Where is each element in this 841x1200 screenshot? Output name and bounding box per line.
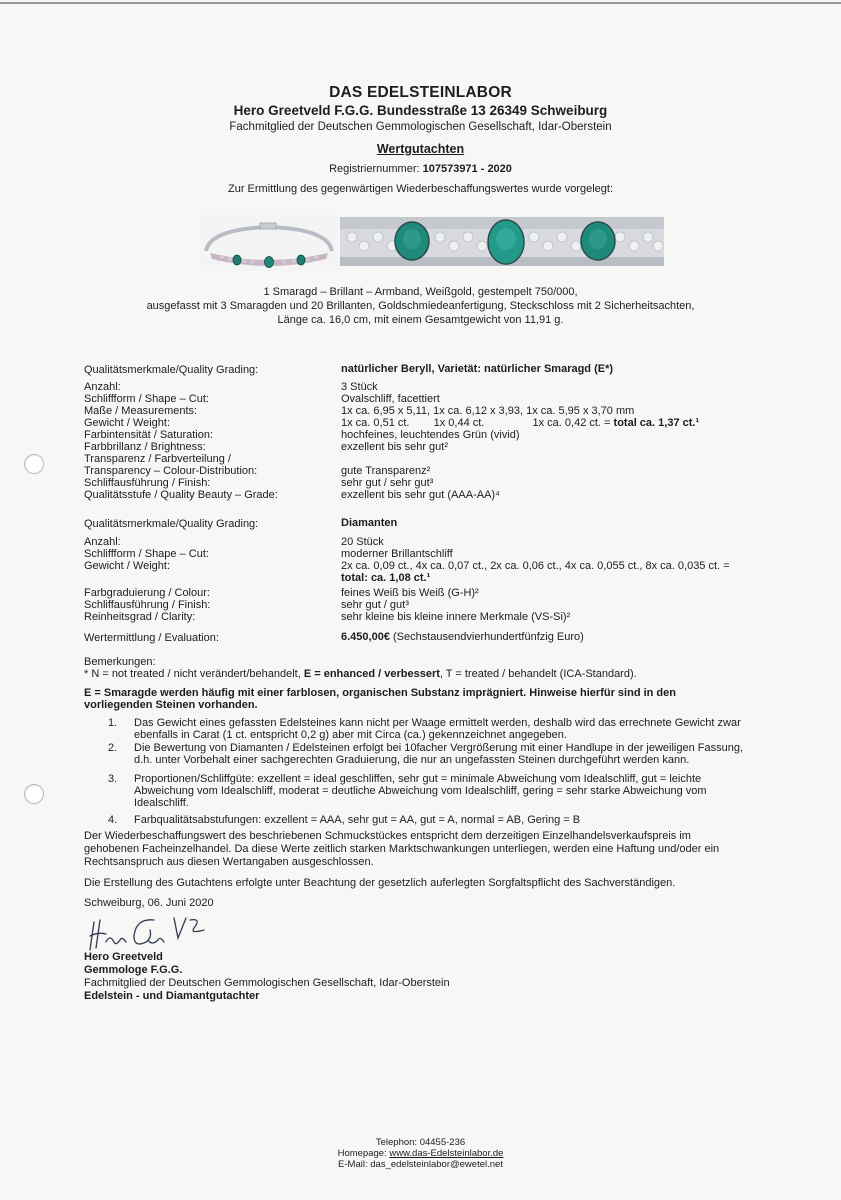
emerald-shape-label: Schliffform / Shape – Cut: xyxy=(84,394,209,406)
diamond-shape-label: Schliffform / Shape – Cut: xyxy=(84,549,209,561)
signatory-role: Edelstein - und Diamantgutachter xyxy=(84,990,764,1003)
evaluation-value: 6.450,00€ (Sechstausendvierhundertfünfzi… xyxy=(341,632,584,644)
diamond-clarity-label: Reinheitsgrad / Clarity: xyxy=(84,612,195,624)
diamond-weight-label: Gewicht / Weight: xyxy=(84,561,170,573)
registration-label: Registriernummer: xyxy=(329,163,419,175)
footnote-line: Die Bewertung von Diamanten / Edelsteine… xyxy=(134,742,799,754)
registration-line: Registriernummer: 107573971 - 2020 xyxy=(0,163,841,175)
punch-hole-bottom xyxy=(24,784,44,804)
emerald-weight-total: total ca. 1,37 ct.¹ xyxy=(614,417,700,429)
footnote-line: Das Gewicht eines gefassten Edelsteines … xyxy=(134,717,799,729)
treatment-legend-t: , T = treated / behandelt (ICA-Standard)… xyxy=(440,668,637,680)
signatory-title: Gemmologe F.G.G. xyxy=(84,964,764,977)
telephone-number: 04455-236 xyxy=(420,1137,465,1148)
emerald-count-label: Anzahl: xyxy=(84,382,121,394)
footnote-line: Proportionen/Schliffgüte: exzellent = id… xyxy=(134,773,799,785)
description-line: Länge ca. 16,0 cm, mit einem Gesamtgewic… xyxy=(0,313,841,327)
footnote-number: 2. xyxy=(108,742,117,754)
emerald-measurements-value: 1x ca. 6,95 x 5,11, 1x ca. 6,12 x 3,93, … xyxy=(341,406,634,418)
diamond-weight-value: 2x ca. 0,09 ct., 4x ca. 0,07 ct., 2x ca.… xyxy=(341,561,730,573)
paragraph-line: Der Wiederbeschaffungswert des beschrieb… xyxy=(84,830,764,843)
emerald-transparency-value: gute Transparenz² xyxy=(341,466,430,478)
diamond-clarity-value: sehr kleine bis kleine innere Merkmale (… xyxy=(341,612,570,624)
paragraph-line: gehobenen Facheinzelhandel. Da diese Wer… xyxy=(84,843,764,856)
homepage-label: Homepage: xyxy=(338,1148,387,1159)
emerald-grading-heading-value: natürlicher Beryll, Varietät: natürliche… xyxy=(341,364,613,376)
diamond-count-value: 20 Stück xyxy=(341,537,384,549)
scan-edge xyxy=(0,2,841,4)
emerald-count-value: 3 Stück xyxy=(341,382,378,394)
email-link[interactable]: das_edelsteinlabor@ewetel.net xyxy=(370,1159,503,1170)
evaluation-amount: 6.450,00€ xyxy=(341,631,390,643)
treatment-legend: * N = not treated / nicht verändert/beha… xyxy=(84,668,637,680)
footnote-line: Farbqualitätsabstufungen: exzellent = AA… xyxy=(134,814,799,826)
signatory-membership: Fachmitglied der Deutschen Gemmologische… xyxy=(84,977,764,990)
telephone-label: Telephon: xyxy=(376,1137,417,1148)
description-line: 1 Smaragd – Brillant – Armband, Weißgold… xyxy=(0,285,841,299)
diamond-count-label: Anzahl: xyxy=(84,537,121,549)
emerald-shape-value: Ovalschliff, facettiert xyxy=(341,394,440,406)
enhancement-note-line: E = Smaragde werden häufig mit einer far… xyxy=(84,687,676,699)
treatment-legend-e: E = enhanced / verbessert xyxy=(304,668,440,680)
treatment-legend-n: * N = not treated / nicht verändert/beha… xyxy=(84,668,304,680)
lab-name: DAS EDELSTEINLABOR xyxy=(0,84,841,102)
diamond-grading-heading-label: Qualitätsmerkmale/Quality Grading: xyxy=(84,519,258,531)
description-line: ausgefasst mit 3 Smaragden und 20 Brilla… xyxy=(0,299,841,313)
homepage-link[interactable]: www.das-Edelsteinlabor.de xyxy=(389,1148,503,1159)
footnote-line: Idealschliff. xyxy=(134,797,799,809)
emerald-grading-heading-label: Qualitätsmerkmale/Quality Grading: xyxy=(84,365,258,377)
emerald-weight-part: 1x ca. 0,51 ct. xyxy=(341,417,409,429)
emerald-brightness-value: exzellent bis sehr gut² xyxy=(341,442,448,454)
footnote-line: ebenfalls in Carat (1 ct. entspricht 0,2… xyxy=(134,729,799,741)
emerald-weight-part: 1x 0,44 ct. xyxy=(434,417,485,429)
footnote-number: 1. xyxy=(108,717,117,729)
footer-email: E-Mail: das_edelsteinlabor@ewetel.net xyxy=(0,1159,841,1170)
lab-address: Hero Greetveld F.G.G. Bundesstraße 13 26… xyxy=(0,103,841,118)
remarks-title: Bemerkungen: xyxy=(84,656,156,668)
lab-membership: Fachmitglied der Deutschen Gemmologische… xyxy=(0,121,841,133)
item-description: 1 Smaragd – Brillant – Armband, Weißgold… xyxy=(0,285,841,327)
punch-hole-top xyxy=(24,454,44,474)
emerald-grade-label: Qualitätsstufe / Quality Beauty – Grade: xyxy=(84,490,278,502)
email-label: E-Mail: xyxy=(338,1159,368,1170)
registration-number: 107573971 - 2020 xyxy=(423,163,512,175)
emerald-grade-value: exzellent bis sehr gut (AAA-AA)⁴ xyxy=(341,490,500,502)
emerald-finish-value: sehr gut / sehr gut³ xyxy=(341,478,433,490)
footnote-number: 4. xyxy=(108,814,117,826)
paragraph-line: Rechtsanspruch aus diesen Wertangaben au… xyxy=(84,856,764,869)
emerald-weight-part: 1x ca. 0,42 ct. = xyxy=(533,417,614,429)
emerald-weight-value: 1x ca. 0,51 ct. 1x 0,44 ct. 1x ca. 0,42 … xyxy=(341,418,699,430)
footnote-line: d.h. unter Vorbehalt einer sachgerechten… xyxy=(134,754,799,766)
emerald-saturation-label: Farbintensität / Saturation: xyxy=(84,430,213,442)
enhancement-note-line: vorliegenden Steinen vorhanden. xyxy=(84,699,258,711)
evaluation-amount-words: (Sechstausendvierhundertfünfzig Euro) xyxy=(393,631,584,643)
place-date: Schweiburg, 06. Juni 2020 xyxy=(84,897,764,910)
emerald-transparency-label-2: Transparency – Colour-Distribution: xyxy=(84,466,257,478)
emerald-finish-label: Schliffausführung / Finish: xyxy=(84,478,210,490)
footer-homepage: Homepage: www.das-Edelsteinlabor.de xyxy=(0,1148,841,1159)
diamond-colour-label: Farbgraduierung / Colour: xyxy=(84,588,210,600)
intro-text: Zur Ermittlung des gegenwärtigen Wiederb… xyxy=(0,183,841,195)
footnote-line: Abweichung vom Idealschliff, moderat = d… xyxy=(134,785,799,797)
diamond-finish-label: Schliffausführung / Finish: xyxy=(84,600,210,612)
footnote-number: 3. xyxy=(108,773,117,785)
bracelet-closeup-photo xyxy=(340,217,664,266)
evaluation-label: Wertermittlung / Evaluation: xyxy=(84,633,219,645)
diamond-shape-value: moderner Brillantschliff xyxy=(341,549,453,561)
handwritten-signature xyxy=(86,912,206,954)
diamond-colour-value: feines Weiß bis Weiß (G-H)² xyxy=(341,588,479,600)
diamond-weight-total: total: ca. 1,08 ct.¹ xyxy=(341,573,430,585)
diamond-grading-heading-value: Diamanten xyxy=(341,518,397,530)
footer-telephone: Telephon: 04455-236 xyxy=(0,1137,841,1148)
emerald-transparency-label-1: Transparenz / Farbverteilung / xyxy=(84,454,231,466)
document-title: Wertgutachten xyxy=(0,142,841,156)
emerald-saturation-value: hochfeines, leuchtendes Grün (vivid) xyxy=(341,430,520,442)
emerald-measurements-label: Maße / Measurements: xyxy=(84,406,197,418)
emerald-brightness-label: Farbbrillanz / Brightness: xyxy=(84,442,206,454)
bracelet-photo xyxy=(200,215,338,271)
emerald-weight-label: Gewicht / Weight: xyxy=(84,418,170,430)
diligence-statement: Die Erstellung des Gutachtens erfolgte u… xyxy=(84,877,764,890)
liability-paragraph: Der Wiederbeschaffungswert des beschrieb… xyxy=(84,830,764,869)
diamond-finish-value: sehr gut / gut³ xyxy=(341,600,409,612)
signatory-name: Hero Greetveld xyxy=(84,951,764,964)
